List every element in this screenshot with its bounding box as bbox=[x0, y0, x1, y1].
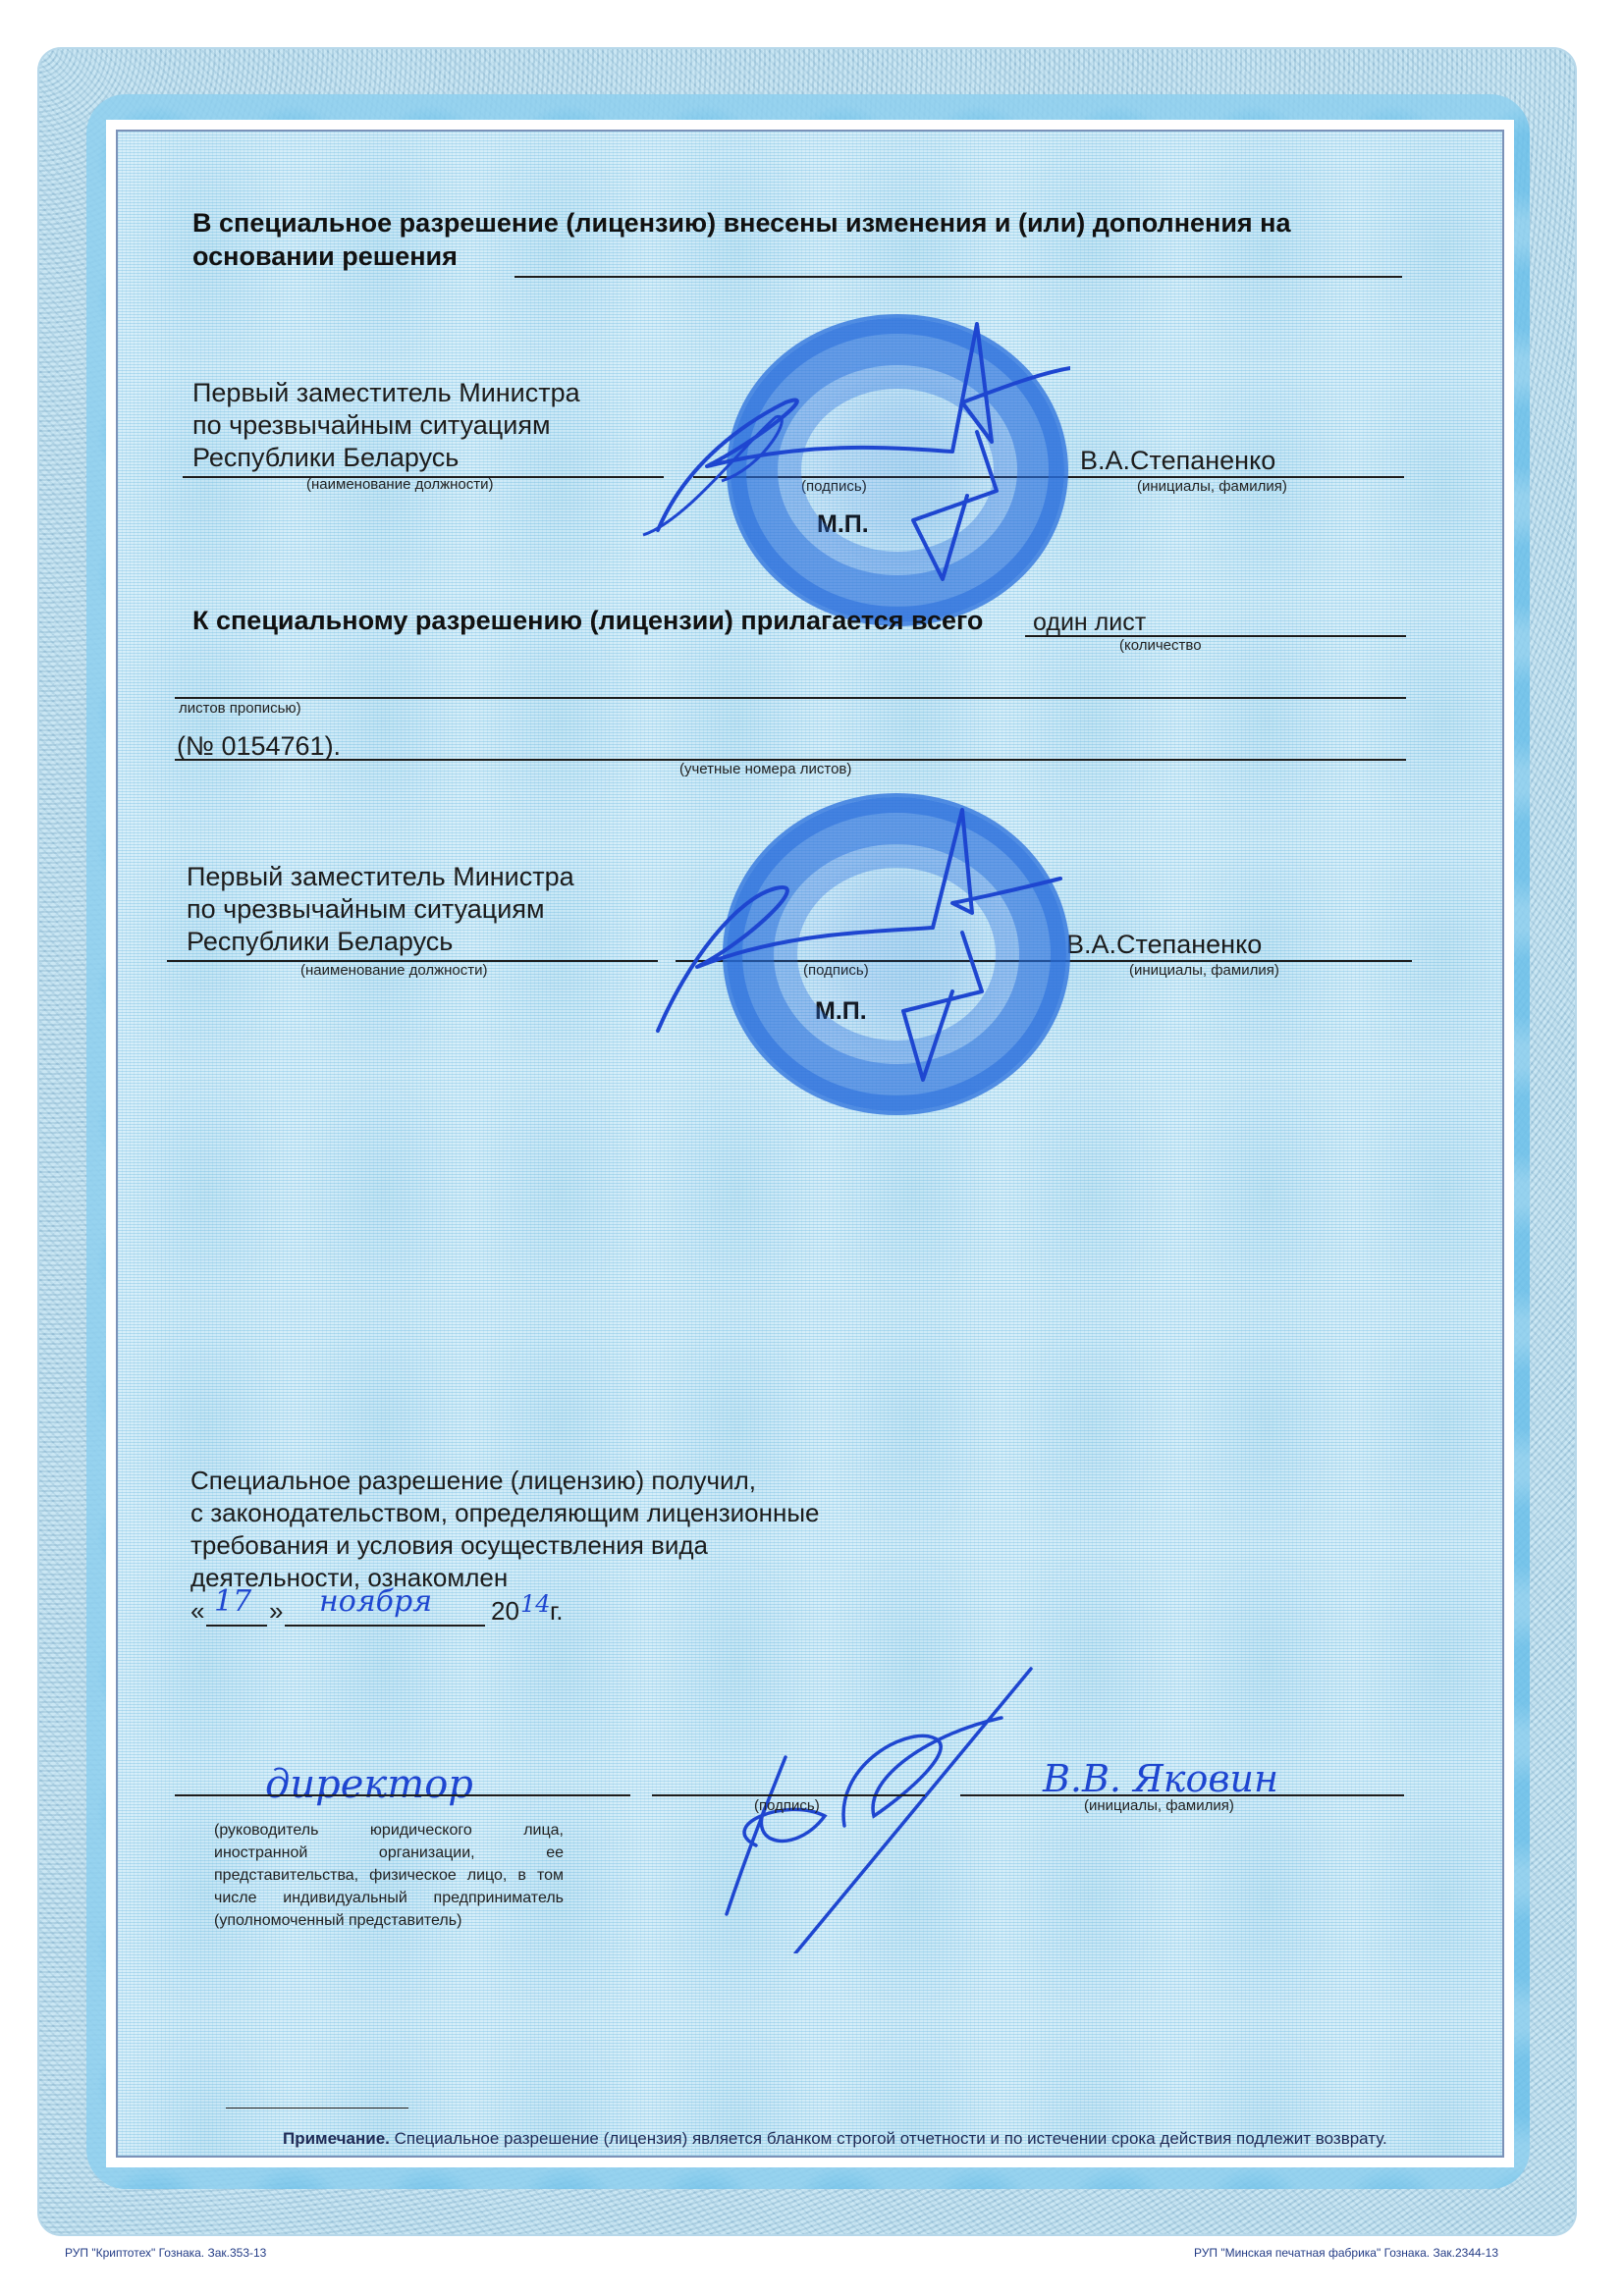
recipient-name-caption: (инициалы, фамилия) bbox=[1084, 1797, 1234, 1814]
recipient-position-caption: (руководитель юридического лица, иностра… bbox=[214, 1819, 564, 1932]
position-caption: (наименование должности) bbox=[306, 476, 494, 493]
printer-imprint-left: РУП "Криптотех" Гознака. Зак.353-13 bbox=[65, 2246, 266, 2260]
attachment-count-caption-cont: листов прописью) bbox=[179, 700, 301, 717]
acknowledgement-line: с законодательством, определяющим лиценз… bbox=[190, 1498, 819, 1528]
sheet-numbers-value: (№ 0154761). bbox=[177, 731, 341, 762]
date-day-handwritten: 17 bbox=[214, 1584, 251, 1619]
date-open-quote: « bbox=[190, 1596, 204, 1627]
date-close-quote: » bbox=[269, 1596, 283, 1627]
recipient-signature-caption: (подпись) bbox=[754, 1797, 820, 1814]
sheet-numbers-caption: (учетные номера листов) bbox=[679, 761, 851, 777]
recipient-signature-line bbox=[652, 1794, 925, 1796]
position-line: по чрезвычайным ситуациям bbox=[192, 410, 551, 441]
note-paragraph: Примечание. Специальное разрешение (лице… bbox=[224, 2126, 1392, 2151]
amendment-heading-line1: В специальное разрешение (лицензию) внес… bbox=[192, 208, 1291, 239]
note-label: Примечание. bbox=[283, 2129, 390, 2148]
position-line: Республики Беларусь bbox=[187, 927, 453, 957]
acknowledgement-line: Специальное разрешение (лицензию) получи… bbox=[190, 1466, 756, 1496]
date-year-prefix: 20 bbox=[491, 1596, 519, 1627]
attachment-count-caption: (количество bbox=[1119, 637, 1202, 654]
attachment-label: К специальному разрешению (лицензии) при… bbox=[192, 606, 983, 636]
attachment-count-value: один лист bbox=[1033, 609, 1146, 637]
date-year-handwritten: 14 bbox=[520, 1590, 551, 1618]
signatory-name: В.А.Степаненко bbox=[1066, 930, 1262, 960]
note-text: Специальное разрешение (лицензия) являет… bbox=[390, 2129, 1387, 2148]
official-seal-stamp bbox=[727, 314, 1068, 626]
recipient-name-line bbox=[960, 1794, 1404, 1796]
name-caption: (инициалы, фамилия) bbox=[1137, 478, 1287, 495]
recipient-position-line bbox=[175, 1794, 630, 1796]
note-separator bbox=[226, 2108, 408, 2109]
signatory-name: В.А.Степаненко bbox=[1080, 446, 1275, 476]
attachment-count-line-2 bbox=[175, 697, 1406, 699]
date-year-unit: г. bbox=[550, 1596, 564, 1627]
amendment-heading-line2: основании решения bbox=[192, 241, 458, 272]
recipient-position-handwritten: директор bbox=[265, 1762, 473, 1807]
name-caption: (инициалы, фамилия) bbox=[1129, 962, 1279, 979]
position-line: Первый заместитель Министра bbox=[187, 862, 574, 892]
amendment-decision-field bbox=[514, 276, 1402, 278]
attachment-count-line bbox=[1025, 635, 1406, 637]
position-caption: (наименование должности) bbox=[300, 962, 488, 979]
date-month-line bbox=[285, 1625, 485, 1627]
date-day-line bbox=[206, 1625, 267, 1627]
acknowledgement-line: требования и условия осуществления вида bbox=[190, 1530, 708, 1561]
date-month-handwritten: ноября bbox=[319, 1584, 432, 1619]
official-seal-stamp bbox=[723, 793, 1070, 1115]
position-line: по чрезвычайным ситуациям bbox=[187, 894, 545, 925]
printer-imprint-right: РУП "Минская печатная фабрика" Гознака. … bbox=[1194, 2246, 1498, 2260]
position-line: Республики Беларусь bbox=[192, 443, 459, 473]
position-line: Первый заместитель Министра bbox=[192, 378, 580, 408]
